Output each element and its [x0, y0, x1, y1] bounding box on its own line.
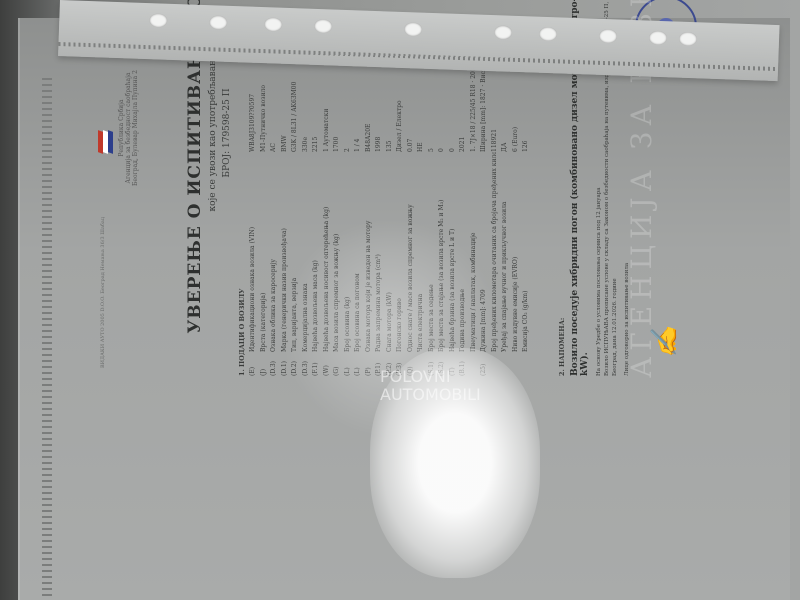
row-code [521, 352, 532, 376]
sleeve-edge [42, 78, 52, 600]
serbia-flag-logo [98, 131, 114, 153]
section-vehicle-data-heading: 1. ПОДАЦИ О ВОЗИЛУ [238, 288, 246, 376]
row-code: (D.3) [269, 352, 280, 376]
punch-hole [539, 27, 557, 42]
row-label: Идентификациони ознака возила (VIN) [248, 152, 259, 352]
row-label: Ниво издувне емисије (EVRO) [511, 152, 522, 352]
row-code: (Е) [248, 352, 259, 376]
punch-hole [149, 13, 167, 28]
punch-hole [599, 29, 617, 44]
punch-hole [649, 31, 667, 46]
site-watermark: POLOVNI AUTOMOBILI [380, 368, 481, 404]
plastic-sleeve: 2146800/1 ВИДАКИ АУТО 2005 D.O.O. Београ… [18, 18, 790, 600]
punch-hole [209, 15, 227, 30]
section-note-heading: 2. НАПОМЕНА: [558, 318, 566, 376]
row-label: Емисија CO₂ (g/km) [521, 152, 532, 352]
row-label: Врста (категорија) [259, 152, 270, 352]
row-code: (J) [259, 352, 270, 376]
punch-hole [679, 32, 697, 47]
punch-hole [494, 25, 512, 40]
row-label: Уређај за спајање вучног и прикључног во… [500, 152, 511, 352]
row-label: Ознака облика за каросерију [269, 152, 280, 352]
punch-hole [314, 19, 332, 34]
punch-hole [264, 17, 282, 32]
punch-hole [404, 22, 422, 37]
